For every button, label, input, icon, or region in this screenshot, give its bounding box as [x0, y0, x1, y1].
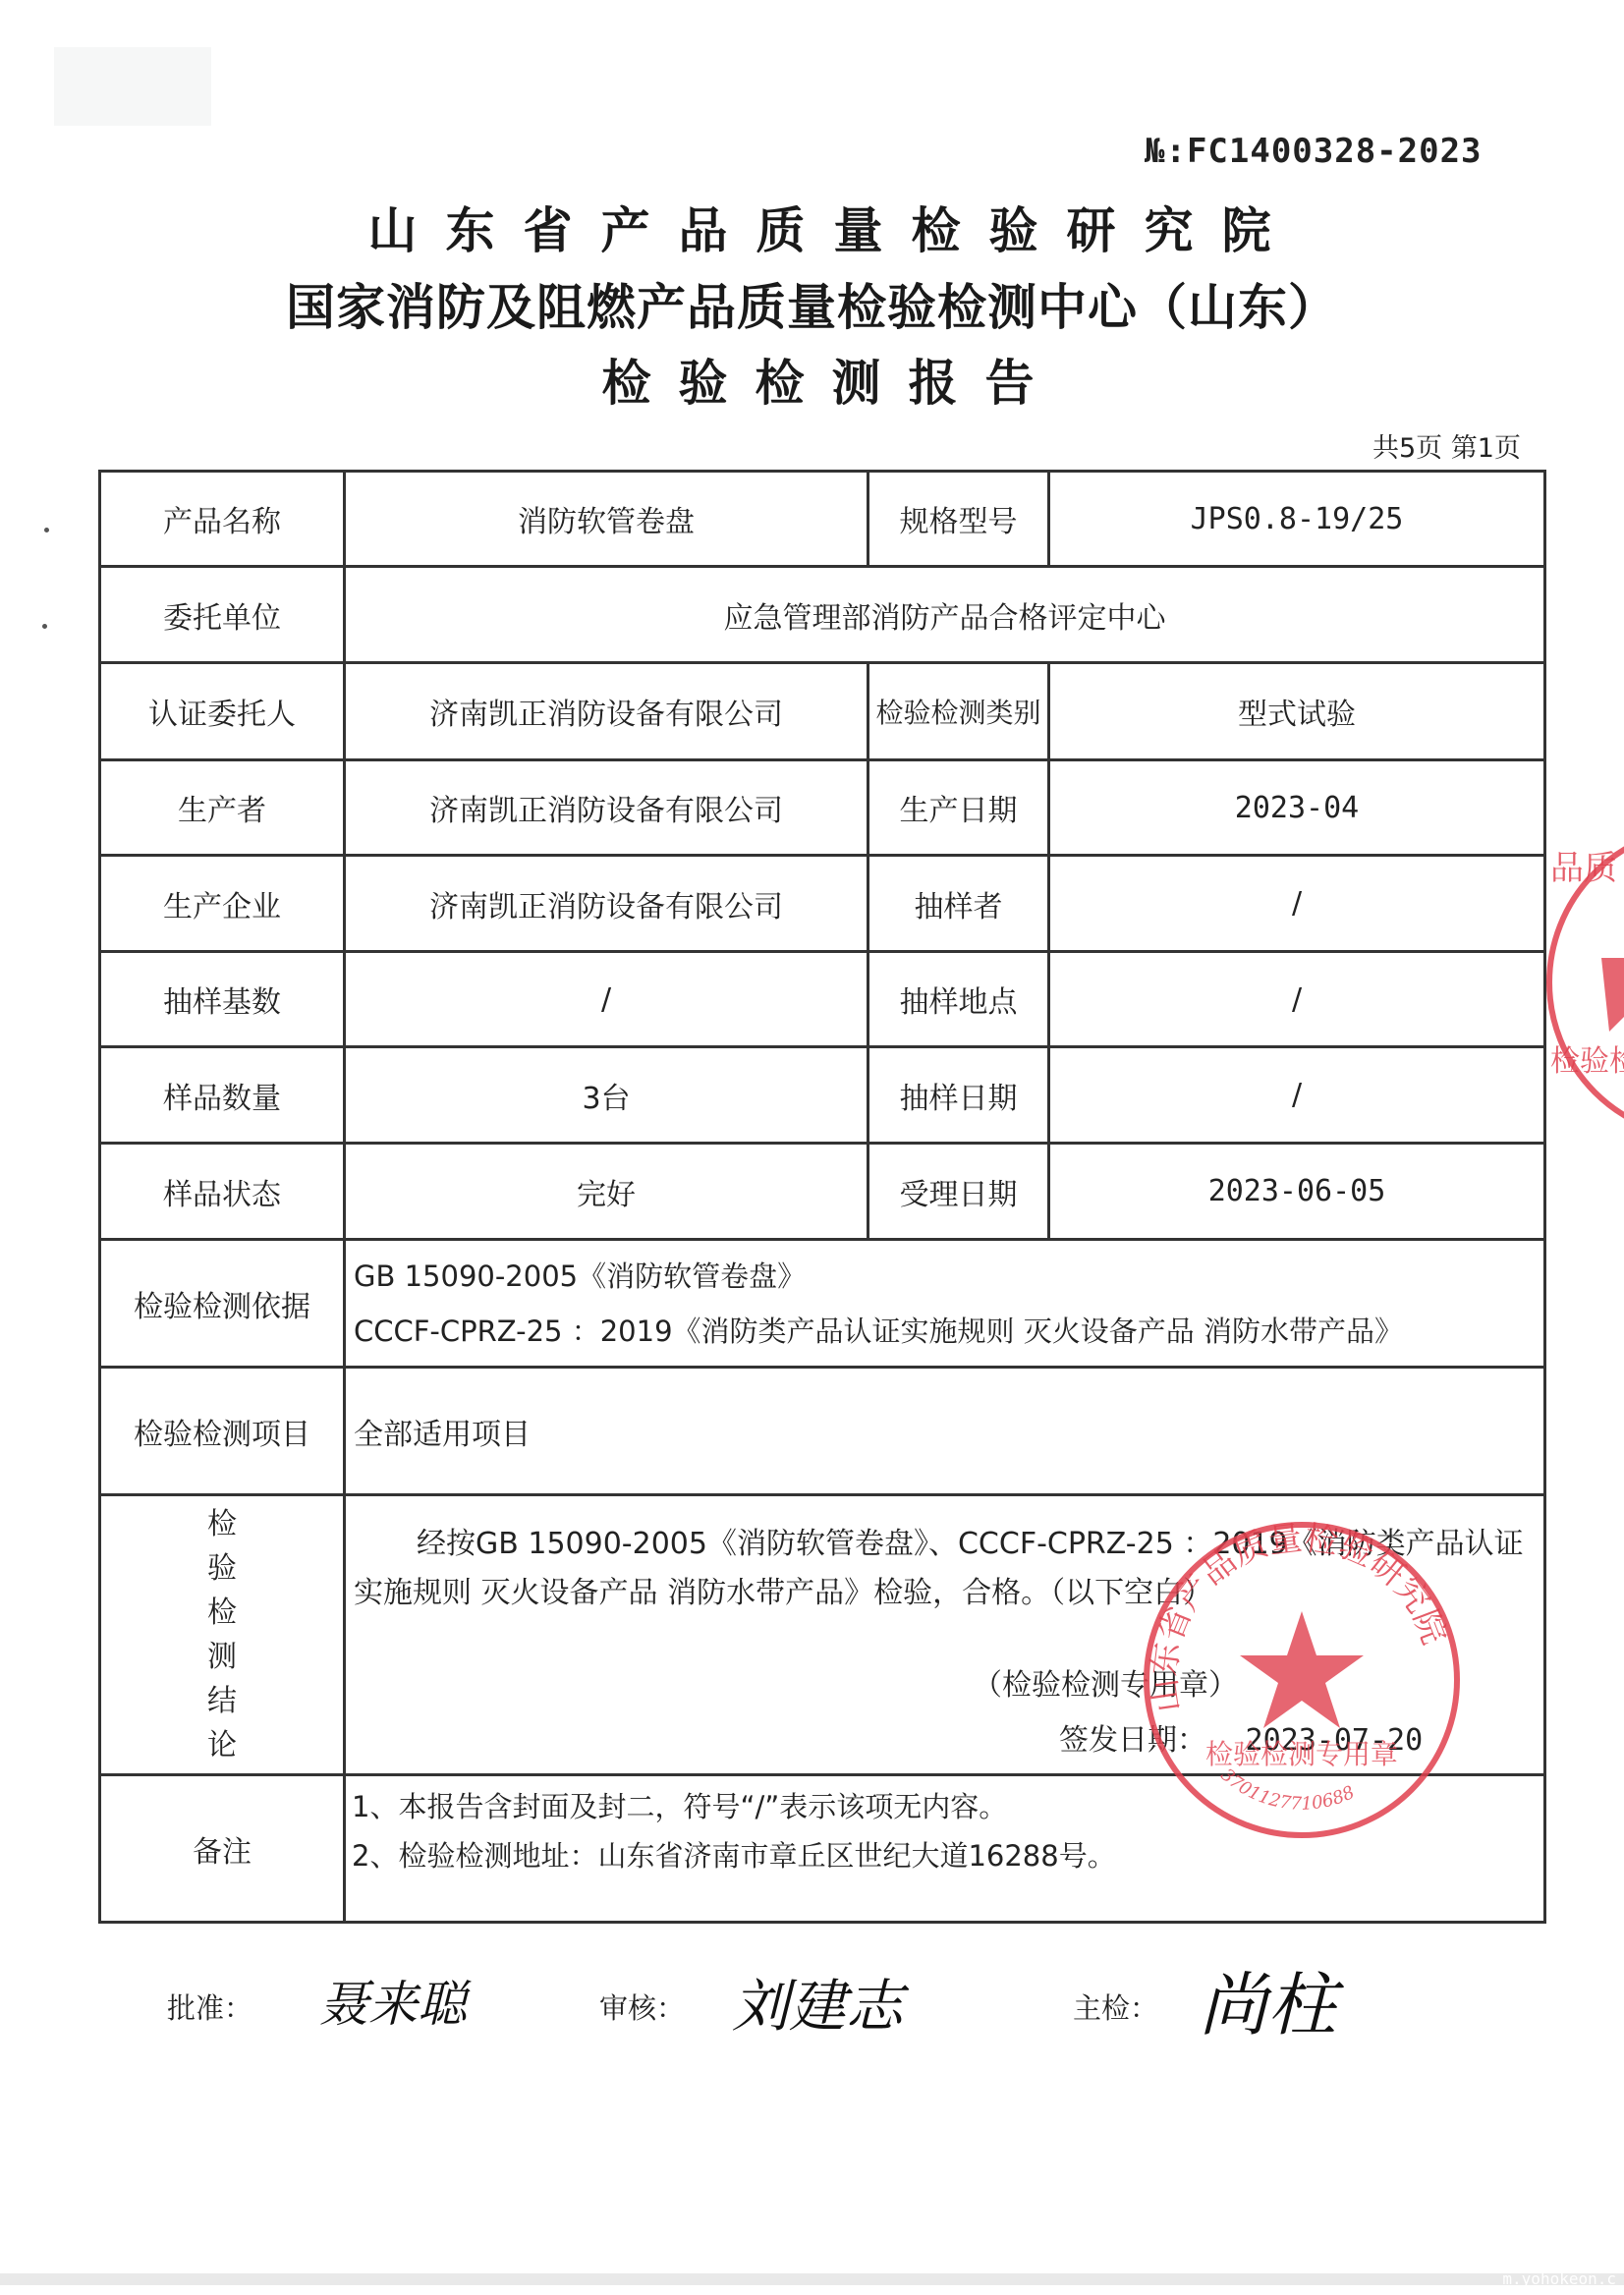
value-test-items: 全部适用项目 [346, 1369, 1543, 1493]
center-name: 国家消防及阻燃产品质量检验检测中心（山东） [0, 268, 1624, 339]
svg-text:品质: 品质 [1550, 849, 1617, 888]
watermark: m.yohokeon.c [1502, 2269, 1616, 2288]
label-production-date: 生产日期 [869, 761, 1047, 854]
label-producer: 生产者 [101, 761, 343, 854]
value-sampling-date: / [1050, 1048, 1543, 1142]
svg-text:检验检: 检验检 [1550, 1044, 1624, 1079]
partial-seal-icon: 品质 检验检 [1542, 820, 1624, 1145]
remark-line: 2、检验检测地址：山东省济南市章丘区世纪大道16288号。 [352, 1831, 1531, 1880]
label-manufacturer: 生产企业 [101, 857, 343, 950]
value-manufacturer: 济南凯正消防设备有限公司 [346, 857, 867, 950]
value-cert-applicant: 济南凯正消防设备有限公司 [346, 664, 867, 758]
issue-date-row: 签发日期： 2023-07-20 [1059, 1715, 1423, 1759]
label-conclusion: 检 验 检 测 结 论 [101, 1496, 343, 1773]
approve-signature: 聂来聪 [319, 1965, 467, 2036]
review-signature: 刘建志 [732, 1960, 903, 2043]
value-sample-quantity: 3台 [346, 1048, 867, 1142]
scan-artifact [54, 47, 211, 126]
value-acceptance-date: 2023-06-05 [1050, 1145, 1543, 1238]
label-client: 委托单位 [101, 568, 343, 661]
value-producer: 济南凯正消防设备有限公司 [346, 761, 867, 854]
label-product-name: 产品名称 [101, 473, 343, 565]
label-sampling-base: 抽样基数 [101, 953, 343, 1045]
value-product-name: 消防软管卷盘 [346, 473, 867, 565]
remarks-body: 1、本报告含封面及封二，符号“/”表示该项无内容。 2、检验检测地址：山东省济南… [352, 1782, 1531, 1880]
footer-strip [0, 2273, 1624, 2285]
basis-line: CCCF-CPRZ-25 ：2019《消防类产品认证实施规则 灭火设备产品 消防… [354, 1304, 1403, 1359]
label-sampling-location: 抽样地点 [869, 953, 1047, 1045]
issue-date-value: 2023-07-20 [1246, 1723, 1424, 1758]
conclusion-text: 经按GB 15090-2005《消防软管卷盘》、CCCF-CPRZ-25 ：20… [354, 1520, 1533, 1618]
org-name: 山东省产品质量检验研究院 [0, 192, 1624, 262]
value-test-basis: GB 15090-2005《消防软管卷盘》 CCCF-CPRZ-25 ：2019… [346, 1241, 1543, 1366]
label-test-basis: 检验检测依据 [101, 1241, 343, 1366]
review-label: 审核： [599, 1987, 685, 2027]
stamp-label: （检验检测专用章） [973, 1660, 1238, 1704]
report-number: №:FC1400328-2023 [1145, 132, 1483, 171]
value-sampling-base: / [346, 953, 867, 1045]
label-test-category: 检验检测类别 [869, 664, 1047, 758]
scan-dot [44, 528, 49, 532]
report-table: 产品名称 消防软管卷盘 规格型号 JPS0.8-19/25 委托单位 应急管理部… [98, 470, 1546, 1924]
pagination: 共5页 第1页 [1372, 426, 1521, 465]
value-model: JPS0.8-19/25 [1050, 473, 1543, 565]
label-remarks: 备注 [101, 1776, 343, 1921]
value-test-category: 型式试验 [1050, 664, 1543, 758]
label-acceptance-date: 受理日期 [869, 1145, 1047, 1238]
value-client: 应急管理部消防产品合格评定中心 [346, 568, 1543, 661]
label-sampler: 抽样者 [869, 857, 1047, 950]
issue-date-label: 签发日期： [1059, 1723, 1206, 1758]
inspect-label: 主检： [1073, 1987, 1158, 2027]
basis-line: GB 15090-2005《消防软管卷盘》 [354, 1249, 806, 1304]
label-model: 规格型号 [869, 473, 1047, 565]
approve-label: 批准： [167, 1987, 252, 2027]
value-sampling-location: / [1050, 953, 1543, 1045]
label-sample-condition: 样品状态 [101, 1145, 343, 1238]
label-sample-quantity: 样品数量 [101, 1048, 343, 1142]
remark-line: 1、本报告含封面及封二，符号“/”表示该项无内容。 [352, 1782, 1531, 1831]
value-sampler: / [1050, 857, 1543, 950]
document-title: 检验检测报告 [0, 344, 1624, 415]
label-sampling-date: 抽样日期 [869, 1048, 1047, 1142]
value-sample-condition: 完好 [346, 1145, 867, 1238]
scan-dot [42, 624, 47, 629]
inspect-signature: 尚柱 [1199, 1950, 1336, 2049]
label-test-items: 检验检测项目 [101, 1369, 343, 1493]
value-production-date: 2023-04 [1050, 761, 1543, 854]
label-cert-applicant: 认证委托人 [101, 664, 343, 758]
